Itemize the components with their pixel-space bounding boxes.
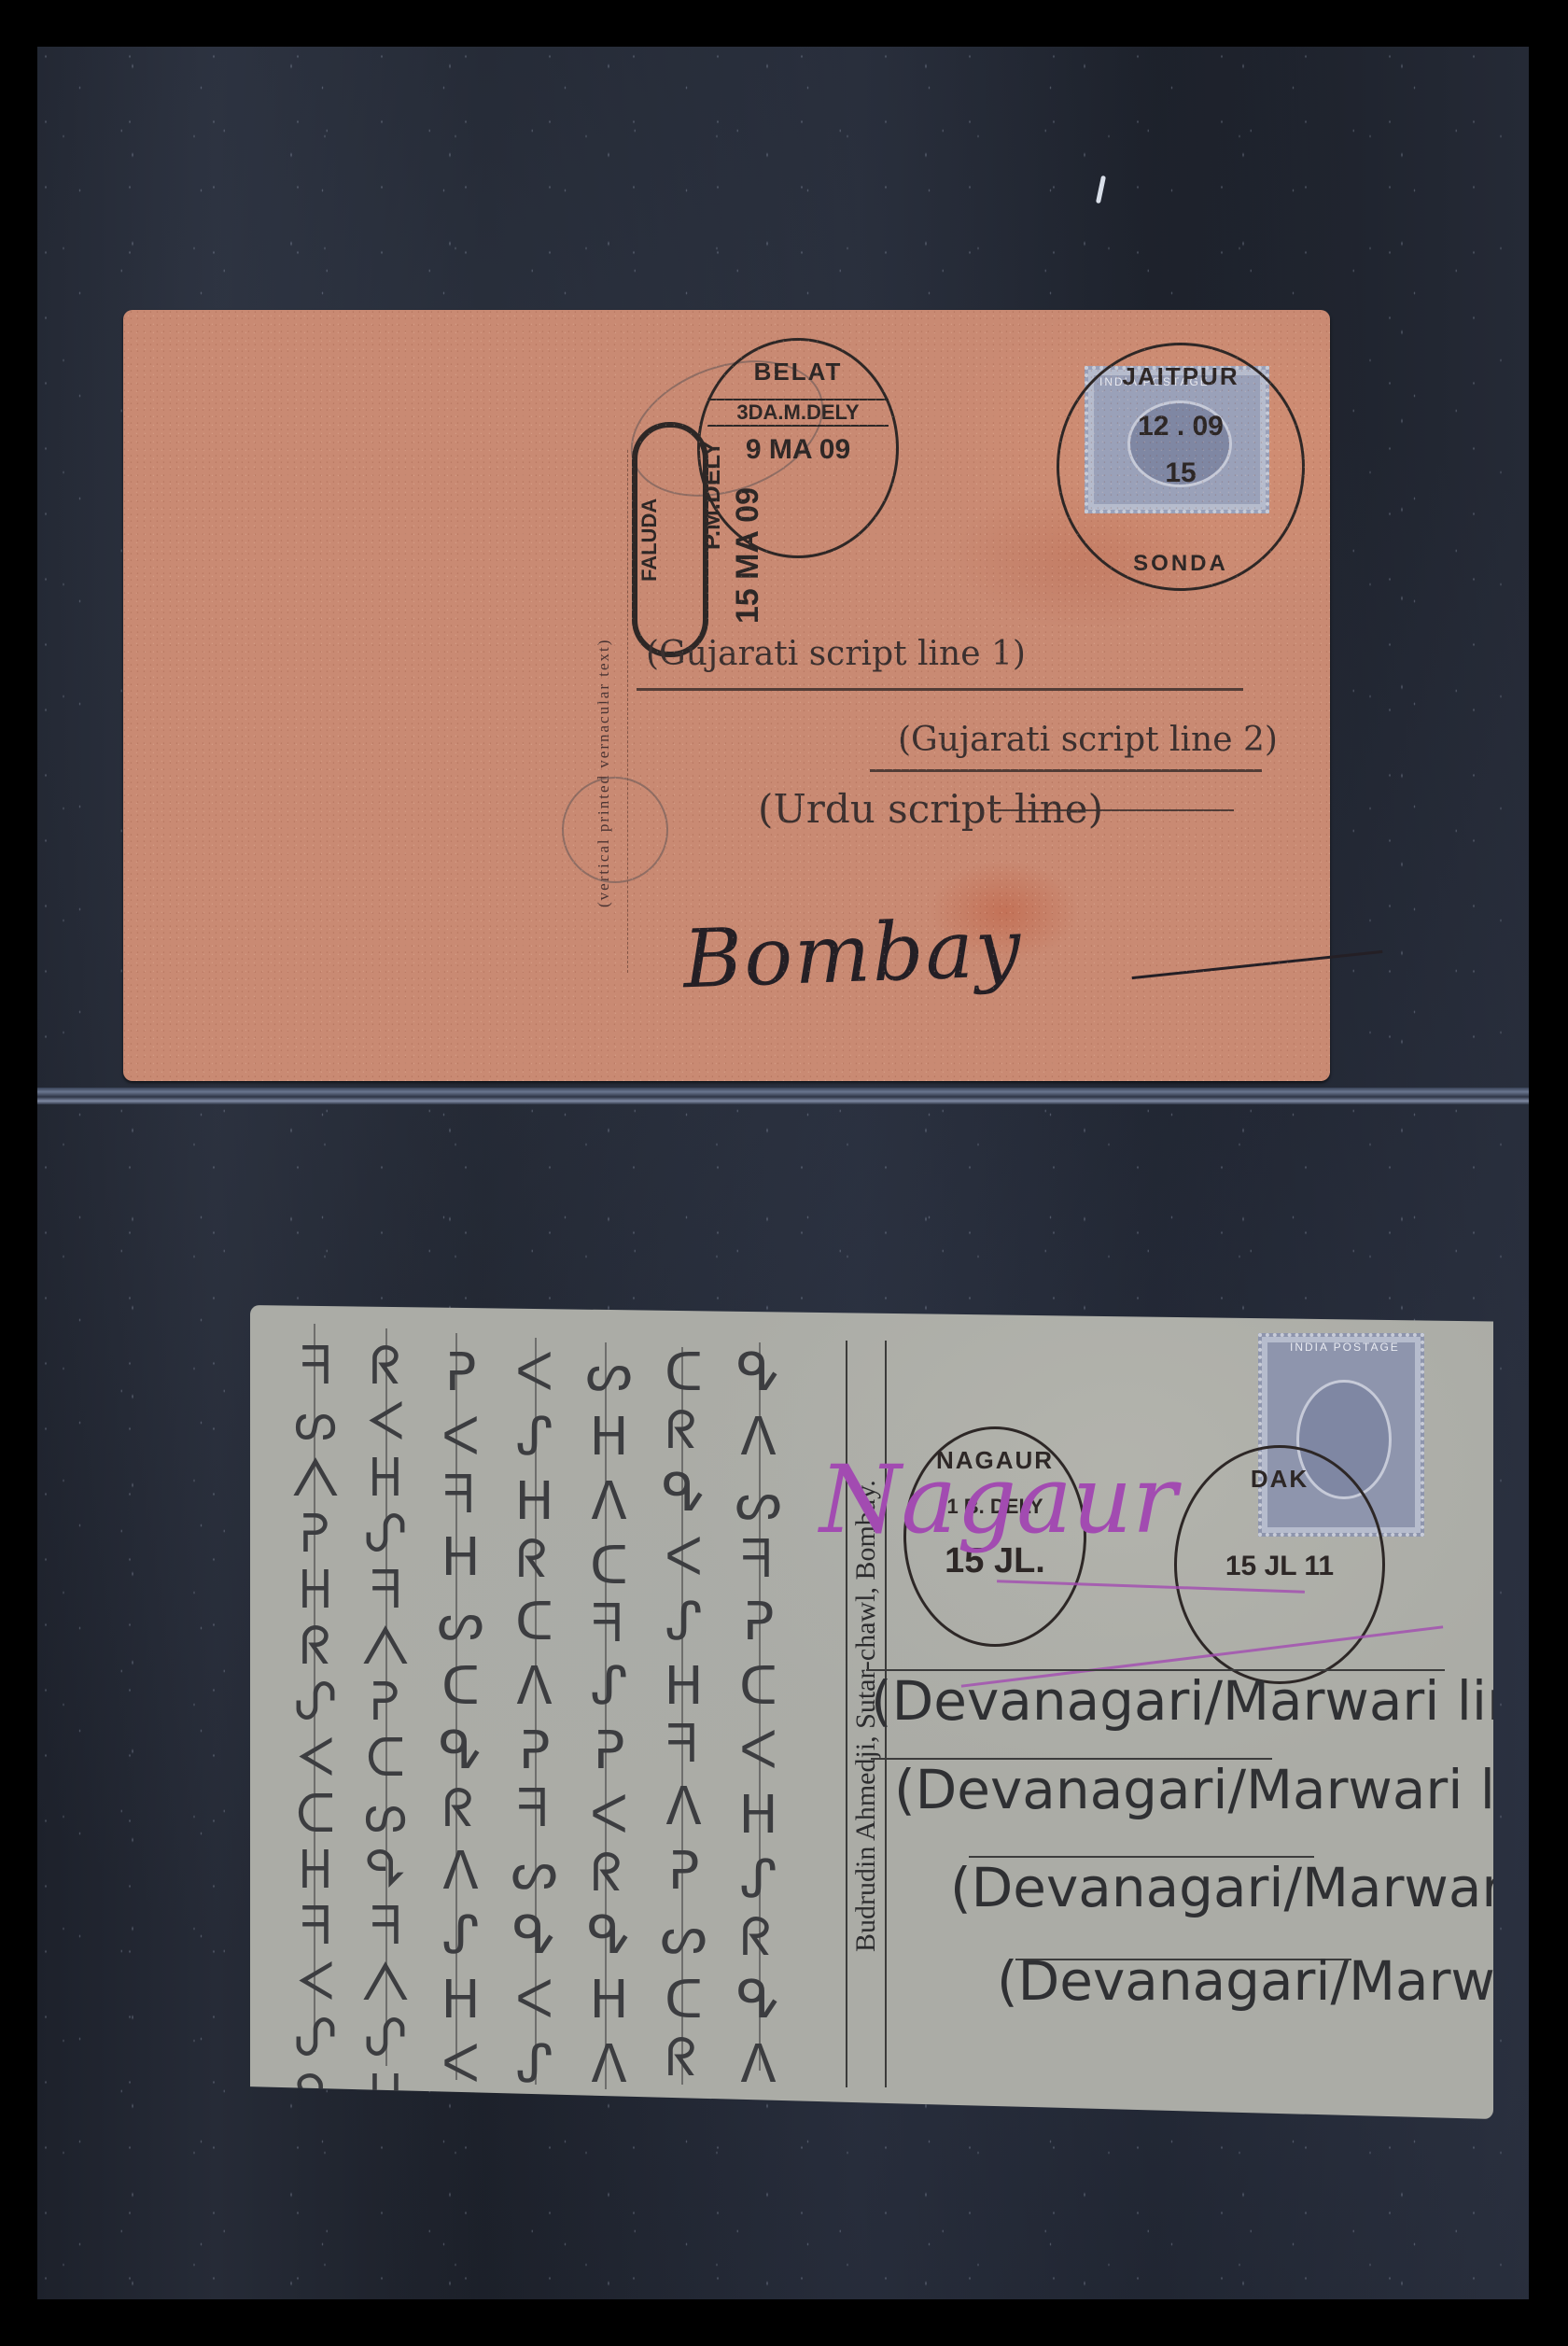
printed-divider-line xyxy=(627,450,629,973)
address-line-2: (Gujarati script line 2) xyxy=(898,721,1278,759)
destination-bombay: Bombay xyxy=(681,902,1024,1007)
pencil-circle-mark xyxy=(562,777,668,883)
postmark-jaitpur-sonda: JAITPUR 12 . 09 15 SONDA xyxy=(1057,343,1305,591)
purple-annotation: Nagaur xyxy=(819,1445,1177,1554)
postmark-belat: BELAT 3DA.M.DELY 9 MA 09 xyxy=(697,338,899,558)
message-column: ᕈᐸᖷᕼᔕᑕᕴᖇᐱᔑᕼᐸᖷᕈ xyxy=(430,1342,491,2219)
mount-strip-divider xyxy=(37,1088,1529,1104)
address-line-2: (Devanagari/Marwari line 2) xyxy=(894,1758,1568,1821)
message-column: ᖷᔕᐱᕈᕼᖇᔑᐸᑕᕼᖷᐸᔑᕴ xyxy=(287,1342,348,2127)
address-rule-1 xyxy=(637,688,1243,691)
postcard-2: ᖷᔕᐱᕈᕼᖇᔑᐸᑕᕼᖷᐸᔑᕴ ᖇᐸᕼᔑᖷᐱᕈᑕᔕᕴᖷᐱᔑᕼ ᕈᐸᖷᕼᔕᑕᕴᖇᐱᔑ… xyxy=(250,1305,1493,2119)
message-column: ᖇᐸᕼᔑᖷᐱᕈᑕᔕᕴᖷᐱᔑᕼ xyxy=(357,1342,418,2127)
message-column: ᕴᐱᔕᖷᕈᑕᐸᕼᔑᖇᕴᐱᔕᖷ xyxy=(728,1342,789,2219)
address-line-1: (Devanagari/Marwari line 1) xyxy=(871,1669,1568,1733)
address-rule-2 xyxy=(870,769,1262,772)
address-line-4: (Devanagari/Marwari line 4) xyxy=(997,1949,1568,2013)
address-line-1: (Gujarati script line 1) xyxy=(646,635,1026,673)
postcard-1: (vertical printed vernacular text) BELAT… xyxy=(123,310,1330,1081)
postmark-date-15ma09: 15 MA 09 xyxy=(730,487,766,624)
message-column: ᔕᕼᐱᑕᖷᔑᕈᐸᖇᕴᕼᐱᔕᑕ xyxy=(579,1342,639,2227)
message-column: ᑕᖇᕴᐸᔑᕼᖷᐱᕈᔕᑕᖇᕴᐸ xyxy=(653,1342,714,2219)
address-line-3: (Urdu script line) xyxy=(758,786,1103,832)
address-line-3: (Devanagari/Marwari line 3) xyxy=(950,1856,1568,1919)
message-column: ᐸᔑᕼᖇᑕᐱᕈᖷᔕᕴᐸᔑᖇᐱ xyxy=(504,1342,565,2219)
postmark-pm-dely: P.M.DELY xyxy=(697,441,726,550)
